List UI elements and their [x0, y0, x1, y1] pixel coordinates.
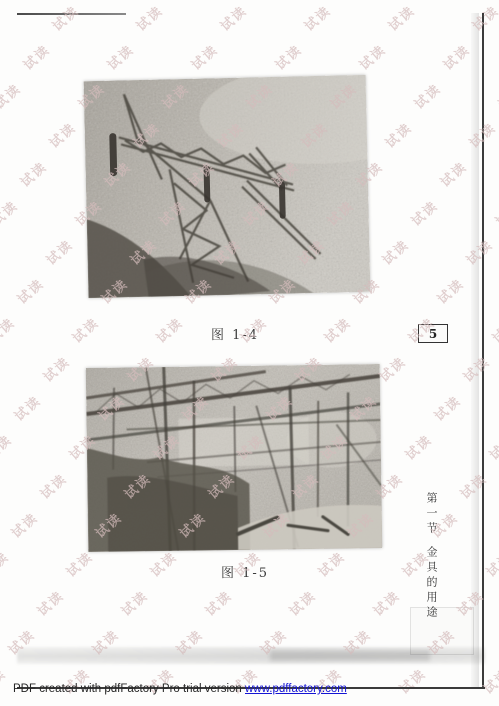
- trial-watermark: 试读: [41, 234, 76, 268]
- trial-watermark: 试读: [0, 546, 13, 580]
- trial-watermark: 试读: [490, 195, 499, 229]
- section-title: 金具的用途: [425, 546, 438, 621]
- trial-watermark: 试读: [284, 585, 319, 619]
- trial-watermark: 试读: [200, 585, 235, 619]
- trial-watermark: 试读: [0, 312, 19, 346]
- section-number: 第一节: [425, 492, 438, 537]
- trial-watermark: 试读: [215, 0, 250, 34]
- trial-watermark: 试读: [461, 234, 496, 268]
- trial-watermark: 试读: [380, 117, 415, 151]
- trial-watermark: 试读: [438, 39, 473, 73]
- trial-watermark: 试读: [67, 312, 102, 346]
- fallen-tower-photo-graphic: [84, 75, 371, 298]
- trial-watermark: 试读: [145, 546, 180, 580]
- trial-watermark: 试读: [18, 39, 53, 73]
- footer-text: PDF created with pdfFactory Pro trial ve…: [13, 683, 245, 695]
- figure-1-4-caption: 图 1-4: [180, 324, 290, 343]
- section-side-label: 第一节金具的用途: [423, 492, 439, 621]
- top-border-line: [17, 13, 126, 15]
- trial-watermark: 试读: [400, 429, 435, 463]
- figure-1-5-caption: 图 1-5: [190, 562, 300, 581]
- scan-smudge-dark: [270, 650, 430, 661]
- pdffactory-footer: PDF created with pdfFactory Pro trial ve…: [13, 683, 347, 695]
- substation-wreck-photo-graphic: [86, 364, 383, 552]
- trial-watermark: 试读: [299, 0, 334, 34]
- trial-watermark: 试读: [116, 585, 151, 619]
- trial-watermark: 试读: [44, 117, 79, 151]
- trial-watermark: 试读: [270, 39, 305, 73]
- trial-watermark: 试读: [487, 312, 499, 346]
- trial-watermark: 试读: [409, 78, 444, 112]
- trial-watermark: 试读: [383, 0, 418, 34]
- trial-watermark: 试读: [131, 0, 166, 34]
- trial-watermark: 试读: [313, 546, 348, 580]
- trial-watermark: 试读: [406, 195, 441, 229]
- trial-watermark: 试读: [186, 39, 221, 73]
- trial-watermark: 试读: [377, 234, 412, 268]
- figure-1-5-photo: [86, 364, 383, 552]
- page-number-box: 5: [418, 324, 448, 343]
- trial-watermark: 试读: [0, 429, 16, 463]
- trial-watermark: 试读: [47, 0, 82, 34]
- trial-watermark: 试读: [432, 273, 467, 307]
- page-edge-shadow: [471, 13, 479, 689]
- trial-watermark: 试读: [493, 78, 499, 112]
- page-number: 5: [429, 328, 437, 340]
- trial-watermark: 试读: [102, 39, 137, 73]
- trial-watermark: 试读: [354, 39, 389, 73]
- trial-watermark: 试读: [368, 585, 403, 619]
- trial-watermark: 试读: [394, 663, 429, 697]
- trial-watermark: 试读: [6, 507, 41, 541]
- trial-watermark: 试读: [15, 156, 50, 190]
- trial-watermark: 试读: [35, 468, 70, 502]
- trial-watermark: 试读: [435, 156, 470, 190]
- trial-watermark: 试读: [0, 195, 22, 229]
- figure-1-4-photo: [84, 75, 371, 298]
- trial-watermark: 试读: [0, 663, 10, 697]
- trial-watermark: 试读: [9, 390, 44, 424]
- trial-watermark: 试读: [319, 312, 354, 346]
- pdffactory-link[interactable]: www.pdffactory.com: [245, 683, 347, 695]
- trial-watermark: 试读: [32, 585, 67, 619]
- trial-watermark: 试读: [38, 351, 73, 385]
- trial-watermark: 试读: [0, 78, 25, 112]
- scanned-page: 图 1-4 5: [0, 0, 499, 706]
- right-border-line: [482, 13, 484, 689]
- trial-watermark: 试读: [429, 390, 464, 424]
- trial-watermark: 试读: [484, 429, 499, 463]
- trial-watermark: 试读: [12, 273, 47, 307]
